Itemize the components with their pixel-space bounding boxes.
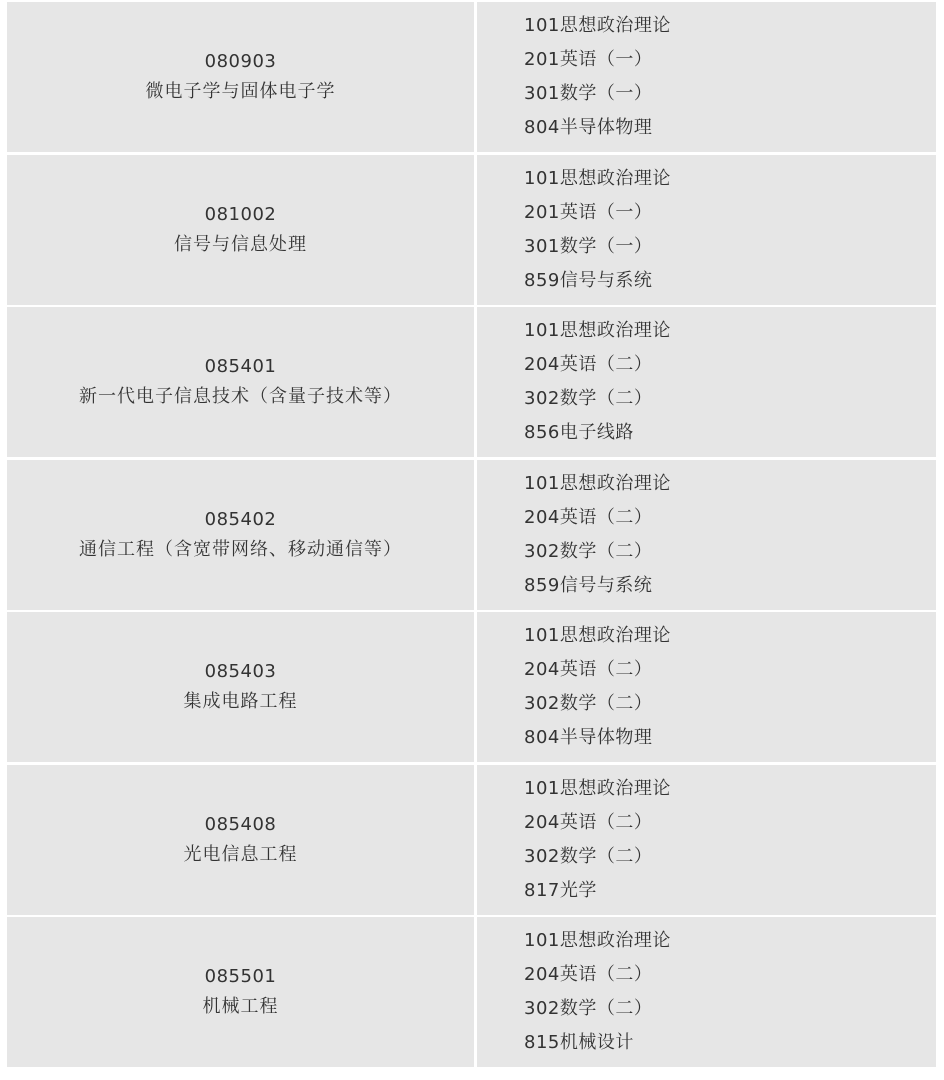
exam-subject: 301数学（一） bbox=[524, 77, 936, 111]
exam-subjects-cell: 101思想政治理论 204英语（二） 302数学（二） 817光学 bbox=[477, 765, 936, 915]
exam-subject: 101思想政治理论 bbox=[524, 924, 936, 958]
table-row: 085403 集成电路工程 101思想政治理论 204英语（二） 302数学（二… bbox=[7, 612, 936, 762]
exam-subject: 859信号与系统 bbox=[524, 264, 936, 298]
exam-subject: 859信号与系统 bbox=[524, 569, 936, 603]
exam-subject: 817光学 bbox=[524, 874, 936, 908]
program-code: 081002 bbox=[205, 200, 277, 230]
exam-subject: 101思想政治理论 bbox=[524, 162, 936, 196]
program-name: 微电子学与固体电子学 bbox=[146, 77, 336, 107]
exam-subject: 856电子线路 bbox=[524, 416, 936, 450]
exam-subjects-cell: 101思想政治理论 204英语（二） 302数学（二） 815机械设计 bbox=[477, 917, 936, 1067]
exam-subject: 204英语（二） bbox=[524, 958, 936, 992]
table-row: 080903 微电子学与固体电子学 101思想政治理论 201英语（一） 301… bbox=[7, 2, 936, 152]
program-code: 085402 bbox=[205, 505, 277, 535]
table-row: 085408 光电信息工程 101思想政治理论 204英语（二） 302数学（二… bbox=[7, 765, 936, 915]
exam-subject: 204英语（二） bbox=[524, 348, 936, 382]
exam-subject: 101思想政治理论 bbox=[524, 772, 936, 806]
program-exam-table: 080903 微电子学与固体电子学 101思想政治理论 201英语（一） 301… bbox=[7, 2, 936, 1070]
exam-subject: 302数学（二） bbox=[524, 382, 936, 416]
exam-subject: 302数学（二） bbox=[524, 840, 936, 874]
program-cell: 085402 通信工程（含宽带网络、移动通信等） bbox=[7, 460, 474, 610]
program-cell: 085401 新一代电子信息技术（含量子技术等） bbox=[7, 307, 474, 457]
program-code: 085403 bbox=[205, 657, 277, 687]
exam-subject: 201英语（一） bbox=[524, 196, 936, 230]
program-name: 新一代电子信息技术（含量子技术等） bbox=[79, 382, 402, 412]
program-cell: 080903 微电子学与固体电子学 bbox=[7, 2, 474, 152]
exam-subject: 204英语（二） bbox=[524, 653, 936, 687]
program-name: 通信工程（含宽带网络、移动通信等） bbox=[79, 535, 402, 565]
program-name: 集成电路工程 bbox=[184, 687, 298, 717]
exam-subjects-cell: 101思想政治理论 204英语（二） 302数学（二） 804半导体物理 bbox=[477, 612, 936, 762]
program-name: 信号与信息处理 bbox=[174, 230, 307, 260]
exam-subjects-cell: 101思想政治理论 204英语（二） 302数学（二） 856电子线路 bbox=[477, 307, 936, 457]
program-cell: 085408 光电信息工程 bbox=[7, 765, 474, 915]
program-code: 085401 bbox=[205, 352, 277, 382]
exam-subject: 815机械设计 bbox=[524, 1026, 936, 1060]
exam-subject: 204英语（二） bbox=[524, 806, 936, 840]
table-row: 085401 新一代电子信息技术（含量子技术等） 101思想政治理论 204英语… bbox=[7, 307, 936, 457]
exam-subject: 302数学（二） bbox=[524, 535, 936, 569]
exam-subjects-cell: 101思想政治理论 201英语（一） 301数学（一） 859信号与系统 bbox=[477, 155, 936, 305]
exam-subject: 804半导体物理 bbox=[524, 111, 936, 145]
exam-subjects-cell: 101思想政治理论 204英语（二） 302数学（二） 859信号与系统 bbox=[477, 460, 936, 610]
exam-subject: 204英语（二） bbox=[524, 501, 936, 535]
exam-subject: 301数学（一） bbox=[524, 230, 936, 264]
exam-subject: 201英语（一） bbox=[524, 43, 936, 77]
exam-subject: 302数学（二） bbox=[524, 687, 936, 721]
program-code: 085501 bbox=[205, 962, 277, 992]
table-row: 085501 机械工程 101思想政治理论 204英语（二） 302数学（二） … bbox=[7, 917, 936, 1067]
exam-subject: 101思想政治理论 bbox=[524, 467, 936, 501]
program-code: 085408 bbox=[205, 810, 277, 840]
table-row: 085402 通信工程（含宽带网络、移动通信等） 101思想政治理论 204英语… bbox=[7, 460, 936, 610]
program-name: 机械工程 bbox=[203, 992, 279, 1022]
exam-subject: 302数学（二） bbox=[524, 992, 936, 1026]
exam-subjects-cell: 101思想政治理论 201英语（一） 301数学（一） 804半导体物理 bbox=[477, 2, 936, 152]
program-cell: 085403 集成电路工程 bbox=[7, 612, 474, 762]
program-name: 光电信息工程 bbox=[184, 840, 298, 870]
exam-subject: 101思想政治理论 bbox=[524, 619, 936, 653]
program-code: 080903 bbox=[205, 47, 277, 77]
exam-subject: 804半导体物理 bbox=[524, 721, 936, 755]
exam-subject: 101思想政治理论 bbox=[524, 314, 936, 348]
exam-subject: 101思想政治理论 bbox=[524, 9, 936, 43]
table-row: 081002 信号与信息处理 101思想政治理论 201英语（一） 301数学（… bbox=[7, 155, 936, 305]
program-cell: 081002 信号与信息处理 bbox=[7, 155, 474, 305]
program-cell: 085501 机械工程 bbox=[7, 917, 474, 1067]
